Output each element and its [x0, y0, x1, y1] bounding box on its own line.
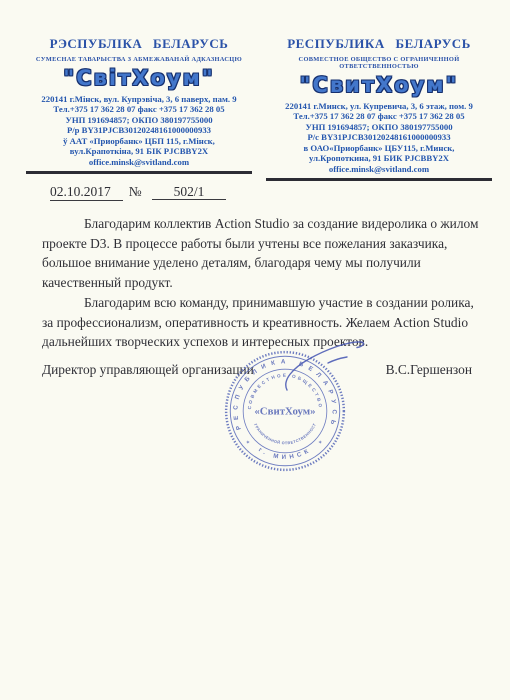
- signer-name: В.С.Гершензон: [386, 362, 472, 378]
- address-line: 220141 г.Мінск, вул. Купрэвіча, 3, 6 пав…: [26, 94, 252, 104]
- address-block: 220141 г.Минск, ул. Купревича, 3, 6 этаж…: [266, 101, 492, 174]
- scanned-letter-page: { "letterhead": { "left": { "country": "…: [0, 0, 510, 700]
- address-line: Тел.+375 17 362 28 07 факс +375 17 362 2…: [26, 104, 252, 114]
- org-type-line: СУМЕСНАЕ ТАВАРЫСТВА З АБМЕЖАВАНАЙ АДКАЗН…: [26, 56, 252, 63]
- address-line: УНП 191694857; ОКПО 380197755000: [266, 122, 492, 132]
- document-number: 502/1: [152, 184, 227, 200]
- address-line: 220141 г.Минск, ул. Купревича, 3, 6 этаж…: [266, 101, 492, 111]
- reference-line: 02.10.2017№502/1: [50, 184, 226, 200]
- address-line: Р/р BY31PJCB30120248161000000933: [26, 125, 252, 135]
- body-paragraph: Благодарим коллектив Action Studio за со…: [42, 214, 480, 293]
- address-line: в ОАО«Приорбанк» ЦБУ115, г.Минск,: [266, 143, 492, 153]
- address-line: Р/с BY31PJCB30120248161000000933: [266, 132, 492, 142]
- letterhead-column-belarusian: РЭСПУБЛІКА БЕЛАРУСЬ СУМЕСНАЕ ТАВАРЫСТВА …: [26, 36, 252, 181]
- handwritten-signature: [225, 330, 375, 400]
- org-type-line: СОВМЕСТНОЕ ОБЩЕСТВО С ОГРАНИЧЕННОЙ ОТВЕТ…: [266, 56, 492, 70]
- letterhead-rule: [26, 171, 252, 174]
- address-line: Тел.+375 17 362 28 07 факс +375 17 362 2…: [266, 111, 492, 121]
- address-line: УНП 191694857; ОКПО 380197755000: [26, 115, 252, 125]
- company-logo-wordmark: "СвітХоум": [26, 66, 252, 90]
- letterhead: РЭСПУБЛІКА БЕЛАРУСЬ СУМЕСНАЕ ТАВАРЫСТВА …: [26, 36, 492, 181]
- address-block: 220141 г.Мінск, вул. Купрэвіча, 3, 6 пав…: [26, 94, 252, 167]
- address-line: ў ААТ «Приорбанк» ЦБП 115, г.Мінск,: [26, 136, 252, 146]
- address-line: вул.Крапоткіна, 91 БІК PJCBBY2X: [26, 146, 252, 156]
- country-title: РЭСПУБЛІКА БЕЛАРУСЬ: [26, 36, 252, 52]
- stamp-center-text: «СвитХоум»: [254, 406, 315, 418]
- email-line: office.minsk@svitland.com: [26, 157, 252, 167]
- email-line: office.minsk@svitland.com: [266, 164, 492, 174]
- number-sign: №: [129, 184, 142, 199]
- document-date: 02.10.2017: [50, 184, 123, 201]
- address-line: ул.Кропоткина, 91 БИК PJCBBY2X: [266, 153, 492, 163]
- country-title: РЕСПУБЛИКА БЕЛАРУСЬ: [266, 36, 492, 52]
- letterhead-rule: [266, 178, 492, 181]
- stamp-star-right: ✶: [318, 440, 322, 446]
- company-logo-wordmark: "СвитХоум": [266, 73, 492, 97]
- stamp-star-left: ✶: [246, 440, 250, 446]
- stamp-ring-text-bottom: г. МИНСК: [257, 446, 313, 461]
- letterhead-column-russian: РЕСПУБЛИКА БЕЛАРУСЬ СОВМЕСТНОЕ ОБЩЕСТВО …: [266, 36, 492, 181]
